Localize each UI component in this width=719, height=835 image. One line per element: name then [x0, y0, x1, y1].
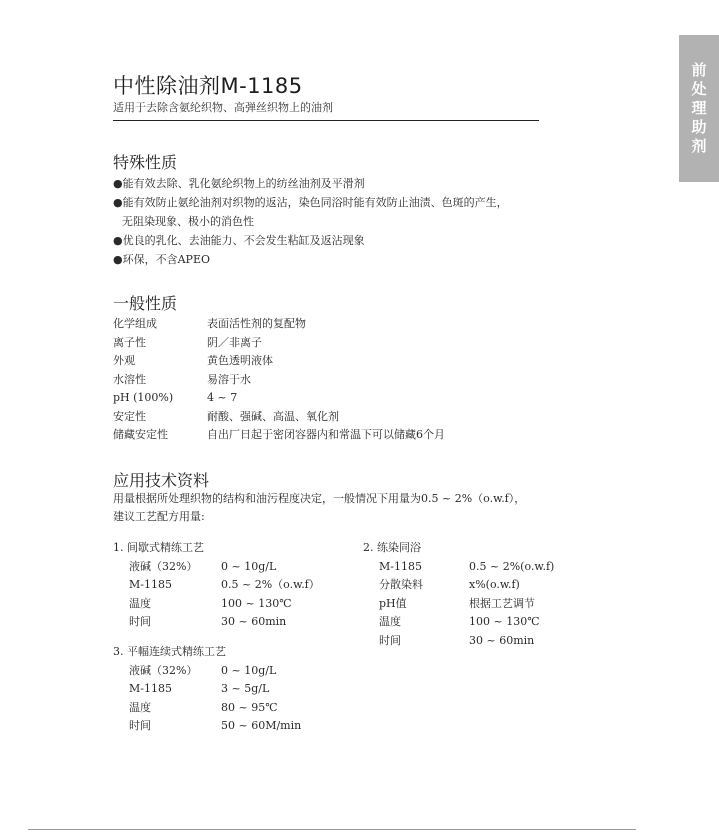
general-properties-heading: 一般性质: [113, 291, 177, 314]
property-row: 安定性耐酸、强碱、高温、氧化剂: [113, 408, 445, 427]
process-key: 时间: [129, 613, 221, 632]
process-key: 液碱（32%）: [129, 558, 221, 577]
process-row: M-11853 ~ 5g/L: [113, 680, 301, 699]
process-key: 温度: [379, 613, 469, 632]
category-tab-char: 剂: [691, 137, 706, 156]
list-item: ●优良的乳化、去油能力、不会发生粘缸及返沾现象: [113, 231, 553, 250]
application-heading: 应用技术资料: [113, 468, 209, 491]
property-value: 易溶于水: [207, 371, 251, 390]
process-value: 根据工艺调节: [469, 595, 535, 614]
property-row: 外观黄色透明液体: [113, 352, 445, 371]
process-key: 分散染料: [379, 576, 469, 595]
property-value: 耐酸、强碱、高温、氧化剂: [207, 408, 339, 427]
category-tab: 前 处 理 助 剂: [679, 35, 719, 182]
process-row: M-11850.5 ~ 2%（o.w.f）: [113, 576, 320, 595]
property-value: 表面活性剂的复配物: [207, 315, 306, 334]
process-value: 30 ~ 60min: [221, 613, 286, 632]
process-title: 2. 练染同浴: [363, 539, 554, 558]
process-key: M-1185: [129, 576, 221, 595]
process-value: 0.5 ~ 2%(o.w.f): [469, 558, 554, 577]
process-row: 液碱（32%）0 ~ 10g/L: [113, 662, 301, 681]
process-value: 0 ~ 10g/L: [221, 662, 276, 681]
application-intro-line: 用量根据所处理织物的结构和油污程度决定，一般情况下用量为0.5 ~ 2%（o.w…: [113, 490, 593, 508]
property-row: pH (100%)4 ~ 7: [113, 389, 445, 408]
process-value: 0 ~ 10g/L: [221, 558, 276, 577]
process-value: 100 ~ 130℃: [469, 613, 540, 632]
property-key: 水溶性: [113, 371, 207, 390]
process-row: M-11850.5 ~ 2%(o.w.f): [363, 558, 554, 577]
process-row: pH值根据工艺调节: [363, 595, 554, 614]
list-item-continuation: 无阻染现象、极小的消色性: [113, 212, 553, 231]
property-row: 化学组成表面活性剂的复配物: [113, 315, 445, 334]
property-value: 4 ~ 7: [207, 389, 237, 408]
special-properties-list: ●能有效去除、乳化氨纶织物上的纺丝油剂及平滑剂 ●能有效防止氨纶油剂对织物的返沾…: [113, 174, 553, 269]
process-key: 温度: [129, 595, 221, 614]
property-key: 化学组成: [113, 315, 207, 334]
property-key: pH (100%): [113, 389, 207, 408]
general-properties-table: 化学组成表面活性剂的复配物 离子性阴／非离子 外观黄色透明液体 水溶性易溶于水 …: [113, 315, 445, 445]
product-title: 中性除油剂M-1185: [113, 70, 303, 100]
list-item: ●能有效去除、乳化氨纶织物上的纺丝油剂及平滑剂: [113, 174, 553, 193]
property-key: 安定性: [113, 408, 207, 427]
process-row: 时间50 ~ 60M/min: [113, 717, 301, 736]
application-intro-line: 建议工艺配方用量:: [113, 508, 593, 526]
process-title: 1. 间歇式精练工艺: [113, 539, 320, 558]
list-item: ●环保，不含APEO: [113, 250, 553, 269]
title-divider: [113, 120, 539, 121]
property-value: 阴／非离子: [207, 334, 262, 353]
property-row: 离子性阴／非离子: [113, 334, 445, 353]
process-2: 2. 练染同浴 M-11850.5 ~ 2%(o.w.f) 分散染料x%(o.w…: [363, 539, 554, 650]
property-key: 离子性: [113, 334, 207, 353]
process-row: 液碱（32%）0 ~ 10g/L: [113, 558, 320, 577]
category-tab-char: 助: [691, 118, 706, 137]
process-row: 分散染料x%(o.w.f): [363, 576, 554, 595]
process-value: 100 ~ 130℃: [221, 595, 292, 614]
process-row: 温度100 ~ 130℃: [113, 595, 320, 614]
process-row: 温度80 ~ 95℃: [113, 699, 301, 718]
property-value: 黄色透明液体: [207, 352, 273, 371]
process-key: M-1185: [379, 558, 469, 577]
property-value: 自出厂日起于密闭容器内和常温下可以储藏6个月: [207, 426, 445, 445]
property-row: 储藏安定性自出厂日起于密闭容器内和常温下可以储藏6个月: [113, 426, 445, 445]
process-value: 50 ~ 60M/min: [221, 717, 301, 736]
process-value: 30 ~ 60min: [469, 632, 534, 651]
process-key: M-1185: [129, 680, 221, 699]
list-item: ●能有效防止氨纶油剂对织物的返沾，染色同浴时能有效防止油渍、色斑的产生，: [113, 193, 553, 212]
process-row: 温度100 ~ 130℃: [363, 613, 554, 632]
process-value: 80 ~ 95℃: [221, 699, 278, 718]
process-value: x%(o.w.f): [469, 576, 520, 595]
process-row: 时间30 ~ 60min: [363, 632, 554, 651]
process-value: 0.5 ~ 2%（o.w.f）: [221, 576, 320, 595]
product-subtitle: 适用于去除含氨纶织物、高弹丝织物上的油剂: [113, 99, 333, 115]
property-key: 外观: [113, 352, 207, 371]
process-key: 温度: [129, 699, 221, 718]
process-key: 液碱（32%）: [129, 662, 221, 681]
process-3: 3. 平幅连续式精练工艺 液碱（32%）0 ~ 10g/L M-11853 ~ …: [113, 643, 301, 736]
process-title: 3. 平幅连续式精练工艺: [113, 643, 301, 662]
special-properties-heading: 特殊性质: [113, 150, 177, 173]
process-row: 时间30 ~ 60min: [113, 613, 320, 632]
process-key: pH值: [379, 595, 469, 614]
process-value: 3 ~ 5g/L: [221, 680, 269, 699]
category-tab-char: 处: [691, 80, 706, 99]
category-tab-char: 前: [691, 61, 706, 80]
category-tab-char: 理: [691, 99, 706, 118]
property-key: 储藏安定性: [113, 426, 207, 445]
process-key: 时间: [379, 632, 469, 651]
footer-divider: [28, 829, 636, 830]
application-intro: 用量根据所处理织物的结构和油污程度决定，一般情况下用量为0.5 ~ 2%（o.w…: [113, 490, 593, 526]
process-1: 1. 间歇式精练工艺 液碱（32%）0 ~ 10g/L M-11850.5 ~ …: [113, 539, 320, 632]
property-row: 水溶性易溶于水: [113, 371, 445, 390]
process-key: 时间: [129, 717, 221, 736]
